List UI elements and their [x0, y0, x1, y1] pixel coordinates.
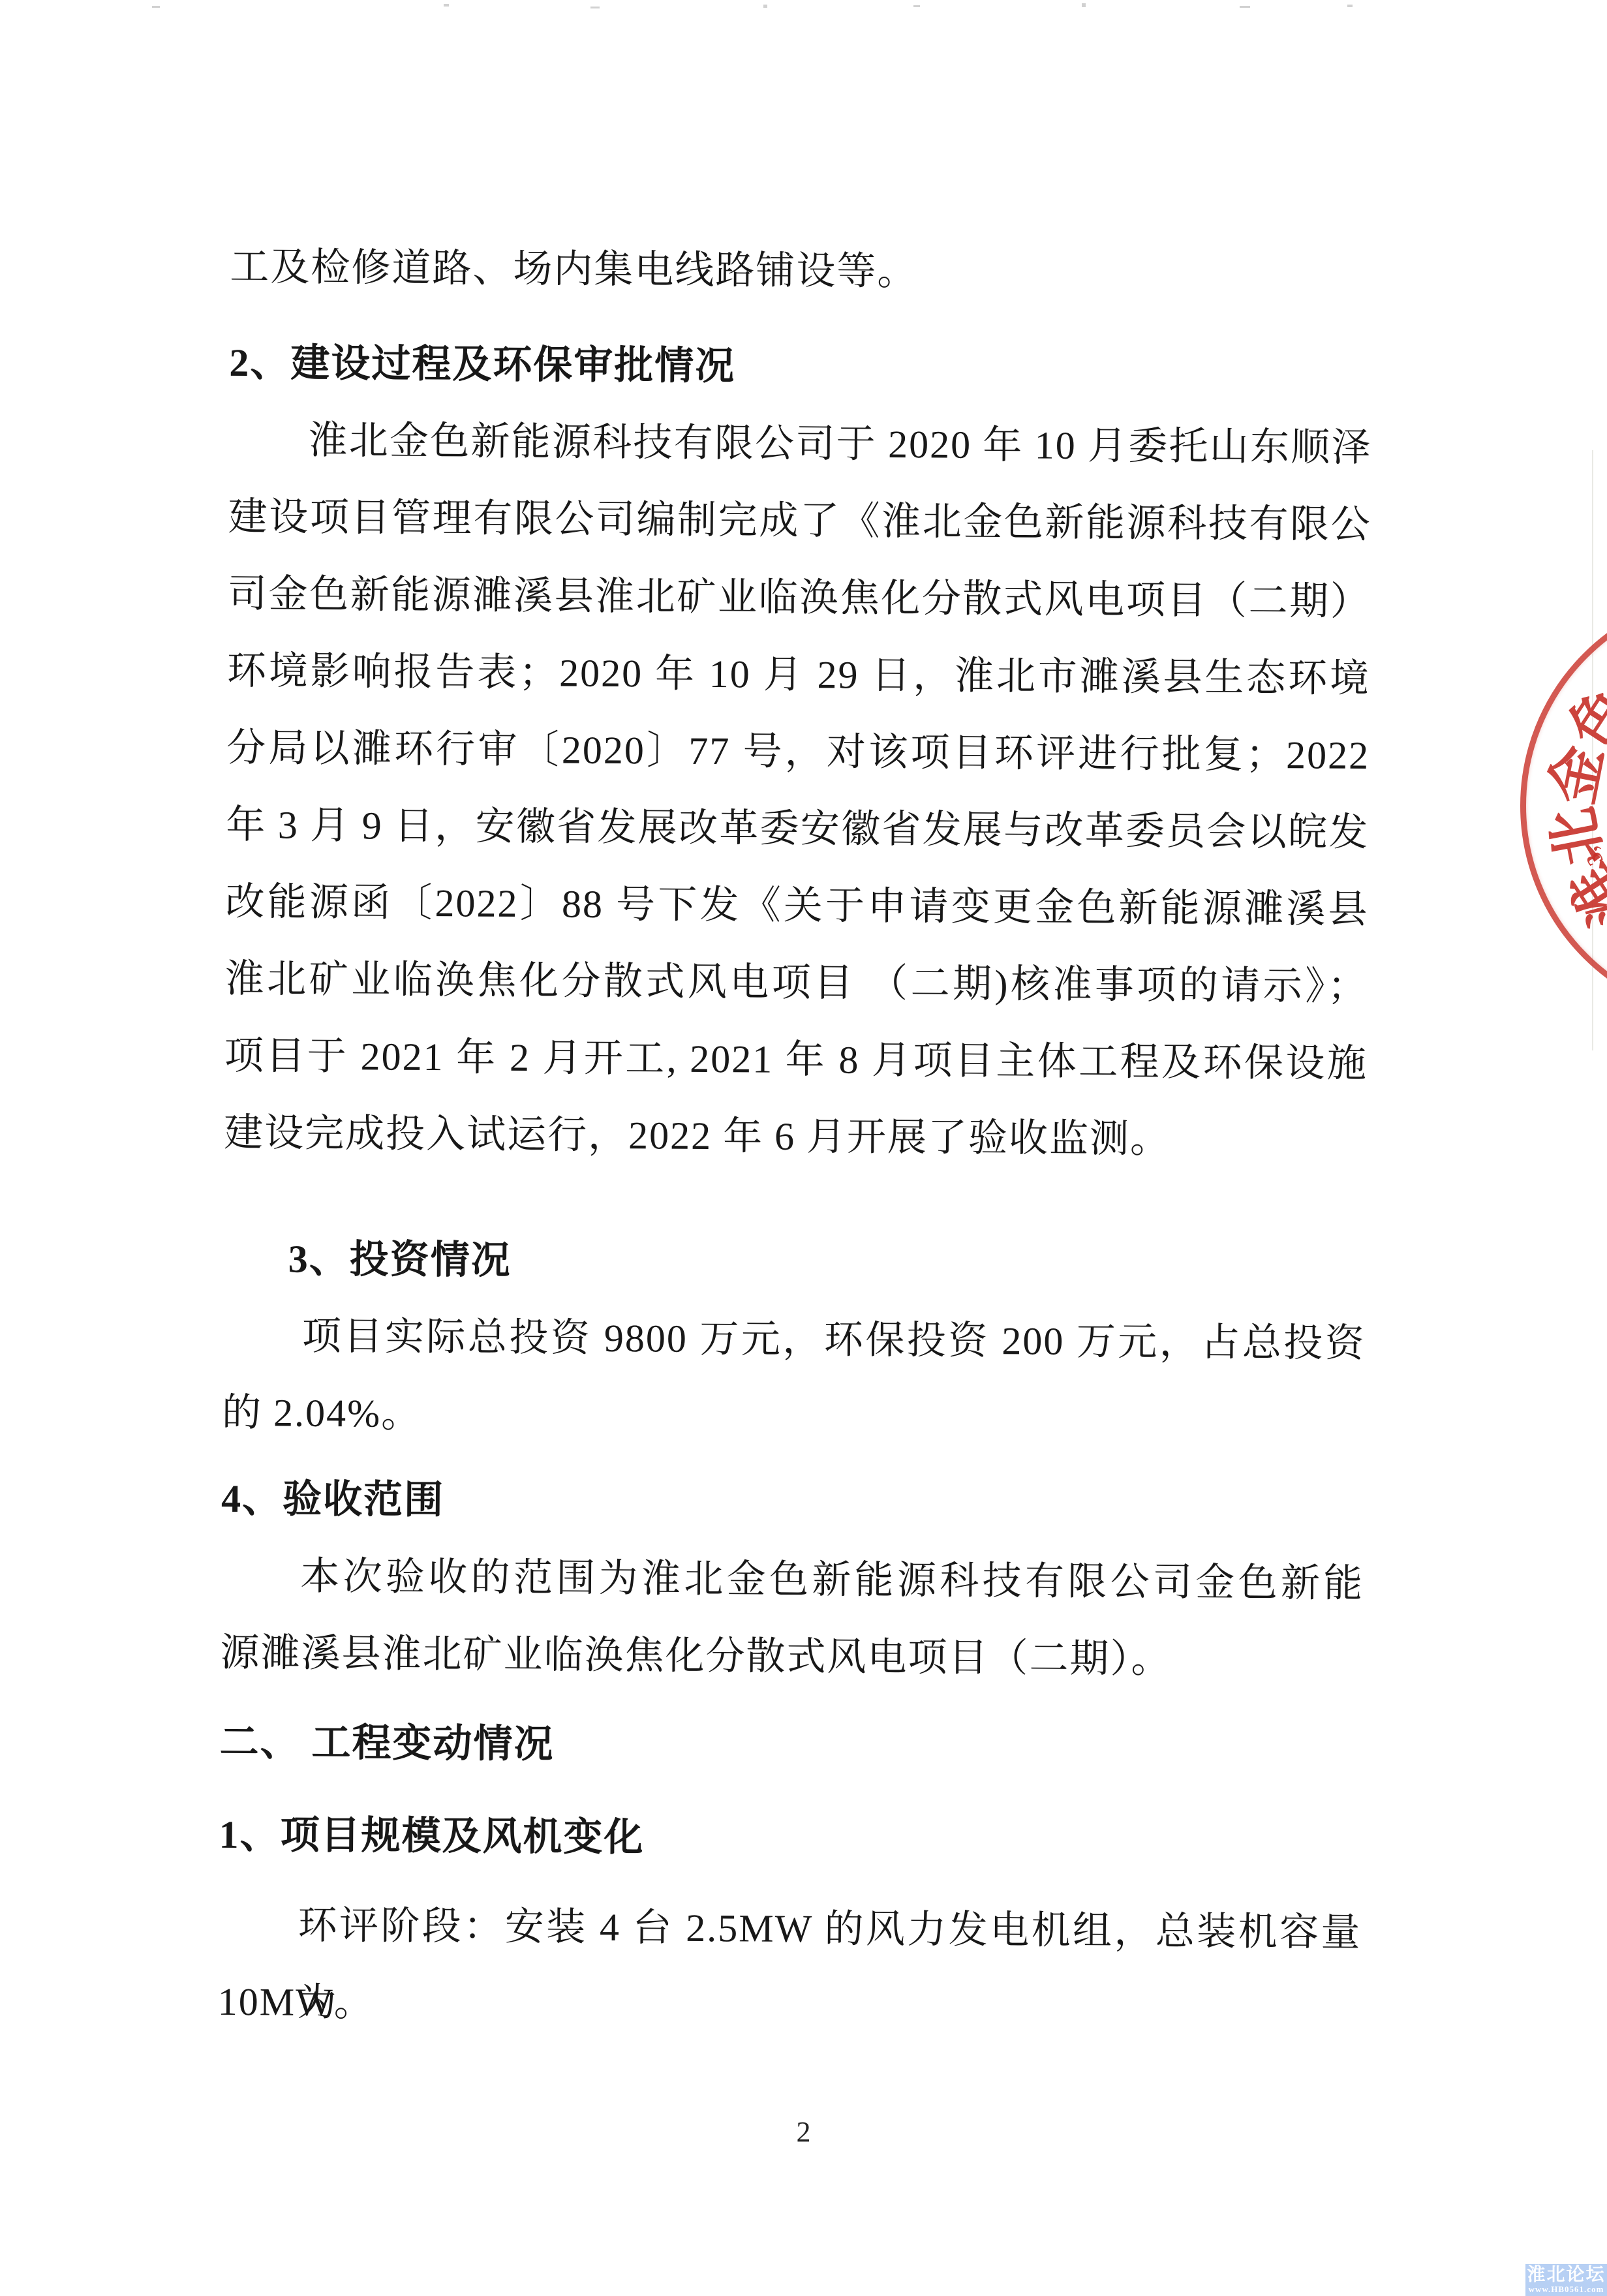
- watermark-title: 淮北论坛: [1525, 2264, 1607, 2285]
- seal-character: 金: [1527, 738, 1607, 810]
- paragraph-line: 项目实际总投资 9800 万元，环保投资 200 万元，占总投资: [222, 1297, 1366, 1382]
- paragraph-line: 分局以濉环行审〔2020〕77 号，对该项目环评进行批复；2022: [226, 709, 1370, 794]
- paragraph-line: 的 2.04%。: [222, 1374, 1366, 1459]
- document-page: 工及检修道路、场内集电线路铺设等。 2、建设过程及环保审批情况 淮北金色新能源科…: [0, 0, 1607, 2296]
- paragraph-line: 建设项目管理有限公司编制完成了《淮北金色新能源科技有限公: [228, 478, 1371, 563]
- paragraph-line: 项目于 2021 年 2 月开工, 2021 年 8 月项目主体工程及环保设施: [224, 1017, 1368, 1102]
- paragraph-line: 源濉溪县淮北矿业临涣焦化分散式风电项目（二期）。: [220, 1614, 1364, 1699]
- paragraph-line: 改能源函〔2022〕88 号下发《关于申请变更金色新能源濉溪县: [225, 863, 1369, 948]
- scan-artifact: [444, 4, 449, 7]
- page-content: 工及检修道路、场内集电线路铺设等。 2、建设过程及环保审批情况 淮北金色新能源科…: [217, 228, 1373, 2048]
- paragraph-line: 环评阶段：安装 4 台 2.5MW 的风力发电机组，总装机容量为: [218, 1886, 1362, 1971]
- paragraph-line: 年 3 月 9 日，安徽省发展改革委安徽省发展与改革委员会以皖发: [226, 786, 1370, 871]
- section-2-heading: 2、建设过程及环保审批情况: [229, 324, 1373, 409]
- scan-fold-line: [1592, 450, 1593, 1050]
- seal-ring: [1520, 590, 1607, 1021]
- paragraph-line: 司金色新能源濉溪县淮北矿业临涣焦化分散式风电项目（二期）: [227, 555, 1371, 640]
- page-number: 2: [0, 2115, 1607, 2149]
- watermark-url: www.HB0561.com: [1525, 2285, 1607, 2294]
- forum-watermark: 淮北论坛 www.HB0561.com: [1525, 2264, 1607, 2296]
- scan-artifact: [1082, 3, 1086, 7]
- paragraph-line: 淮北金色新能源科技有限公司于 2020 年 10 月委托山东顺泽: [228, 401, 1372, 486]
- paragraph-line: 工及检修道路、场内集电线路铺设等。: [230, 228, 1373, 313]
- red-seal-stamp: 色 金 北 淮 3,: [1520, 590, 1607, 1021]
- part-2-sub-1-heading: 1、项目规模及风机变化: [219, 1796, 1362, 1881]
- paragraph-line: 本次验收的范围为淮北金色新能源科技有限公司金色新能: [221, 1537, 1364, 1622]
- scan-artifact: [1240, 6, 1250, 8]
- paragraph-line: 10MW。: [217, 1963, 1361, 2048]
- scan-artifact: [913, 5, 920, 7]
- seal-character: 色: [1546, 669, 1607, 761]
- seal-character: 北: [1527, 802, 1607, 874]
- scan-artifact: [763, 5, 767, 8]
- paragraph-line: 环境影响报告表；2020 年 10 月 29 日，淮北市濉溪县生态环境: [227, 632, 1371, 717]
- section-3-heading: 3、投资情况: [222, 1220, 1366, 1305]
- part-2-heading: 二、 工程变动情况: [219, 1704, 1363, 1788]
- paragraph-line: 淮北矿业临涣焦化分散式风电项目 （二期)核准事项的请示》；: [224, 940, 1368, 1025]
- paragraph-line: 建设完成投入试运行，2022 年 6 月开展了验收监测。: [224, 1094, 1368, 1179]
- scan-artifact: [1347, 5, 1353, 7]
- seal-character: 淮: [1546, 850, 1607, 943]
- scan-artifact: [152, 6, 160, 8]
- scan-artifact: [590, 7, 600, 8]
- section-4-heading: 4、验收范围: [221, 1460, 1365, 1545]
